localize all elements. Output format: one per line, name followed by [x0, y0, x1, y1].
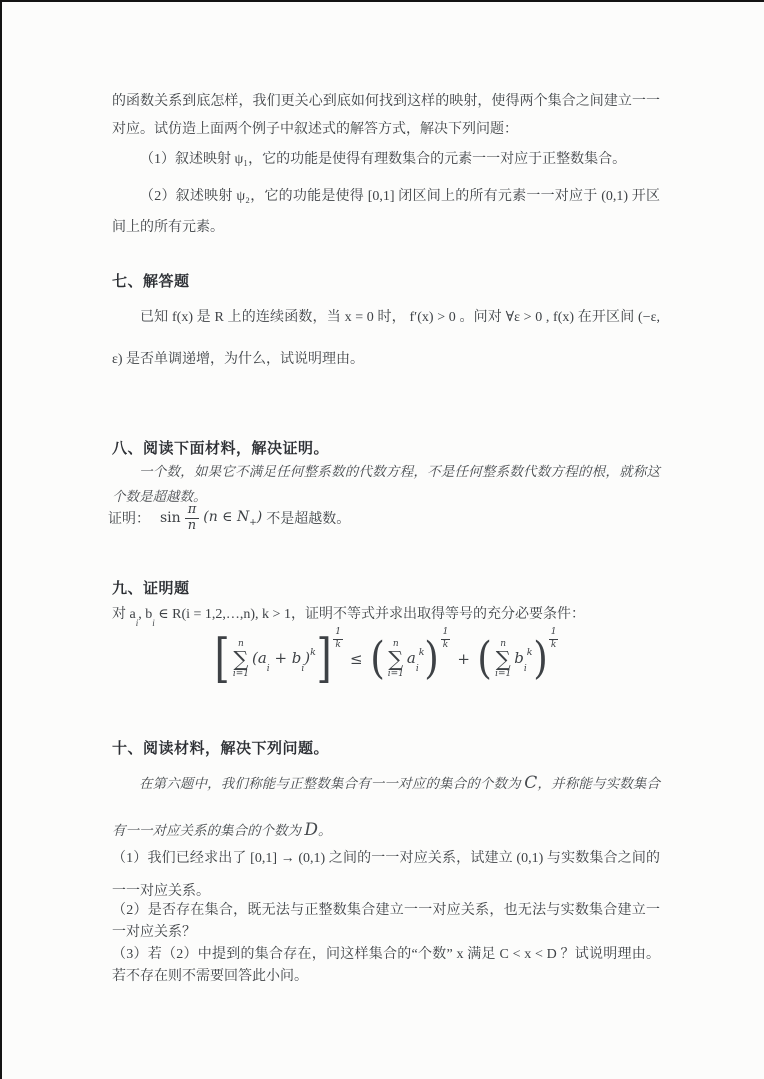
- scan-border-top: [0, 0, 764, 2]
- section8-proof-statement: 证明： sin π n (n ∈ N+) 不是超越数。: [108, 503, 668, 534]
- question9-body: 对 ai, bi ∈ R(i = 1,2,…,n), k > 1，证明不等式并求…: [112, 601, 660, 633]
- section10-material: 在第六题中，我们称能与正整数集合有一一对应的集合的个数为 C，并称能与实数集合有…: [112, 760, 660, 854]
- term-a: ai: [407, 649, 419, 670]
- fraction-denominator: n: [188, 519, 196, 534]
- exponent-one-over-k: 1 k: [333, 627, 343, 651]
- exponent-k: k: [310, 647, 316, 658]
- section9-heading: 九、证明题: [112, 577, 660, 598]
- term-b: bi: [514, 649, 527, 670]
- sigma-sum: n ∑ i=1: [495, 640, 511, 679]
- section10-heading: 十、阅读材料，解决下列问题。: [112, 737, 660, 758]
- exponent-k: k: [527, 647, 533, 658]
- question10-item-1: （1）我们已经求出了 [0,1] → (0,1) 之间的一一对应关系，试建立 (…: [112, 842, 660, 908]
- left-paren: (: [370, 637, 385, 681]
- sigma-sum: n ∑ i=1: [233, 640, 249, 679]
- right-bracket: ]: [316, 633, 331, 685]
- cardinality-c: C: [524, 773, 537, 793]
- fraction-numerator: π: [185, 503, 200, 519]
- question7-body: 已知 f(x) 是 R 上的连续函数，当 x = 0 时， f′(x) > 0 …: [112, 297, 660, 381]
- question6-item-1: （1）叙述映射 ψ₁，它的功能是使得有理数集合的元素一一对应于正整数集合。: [112, 146, 660, 174]
- n-in-naturals-condition: (n ∈ N+): [203, 509, 262, 528]
- plus-sign: +: [457, 650, 470, 668]
- proof-label: 证明：: [108, 508, 150, 528]
- question10-item-3: （3）若（2）中提到的集合存在，问这样集合的“个数” x 满足 C < x < …: [112, 944, 660, 988]
- section7-heading: 七、解答题: [112, 270, 660, 291]
- proof-tail-text: 不是超越数。: [266, 508, 350, 528]
- scanned-exam-page: 的函数关系到底怎样，我们更关心到底如何找到这样的映射，使得两个集合之间建立一一对…: [0, 0, 764, 1079]
- question10-item-2: （2）是否存在集合，既无法与正整数集合建立一一对应关系，也无法与实数集合建立一一…: [112, 900, 660, 944]
- pi-over-n-fraction: π n: [185, 503, 200, 534]
- right-paren: ): [425, 637, 440, 681]
- question6-item-2: （2）叙述映射 ψ₂，它的功能是使得 [0,1] 闭区间上的所有元素一一对应于 …: [112, 181, 660, 243]
- term-a-plus-b: (ai + bi): [252, 649, 310, 670]
- exponent-one-over-k: 1 k: [441, 627, 451, 651]
- left-paren: (: [477, 637, 492, 681]
- sigma-sum: n ∑ i=1: [388, 640, 404, 679]
- exponent-one-over-k: 1 k: [549, 627, 559, 651]
- minkowski-inequality: [ n ∑ i=1 (ai + bi) k ] 1 k ≤ ( n ∑ i=1 …: [112, 633, 660, 685]
- intro-paragraph: 的函数关系到底怎样，我们更关心到底如何找到这样的映射，使得两个集合之间建立一一对…: [112, 88, 660, 144]
- scan-border-left: [0, 0, 2, 1079]
- less-equal-sign: ≤: [350, 650, 363, 668]
- left-bracket: [: [214, 633, 229, 685]
- right-paren: ): [533, 637, 548, 681]
- sin-function: sin: [160, 510, 181, 526]
- section8-heading: 八、阅读下面材料，解决证明。: [112, 437, 660, 458]
- cardinality-d: D: [304, 820, 318, 840]
